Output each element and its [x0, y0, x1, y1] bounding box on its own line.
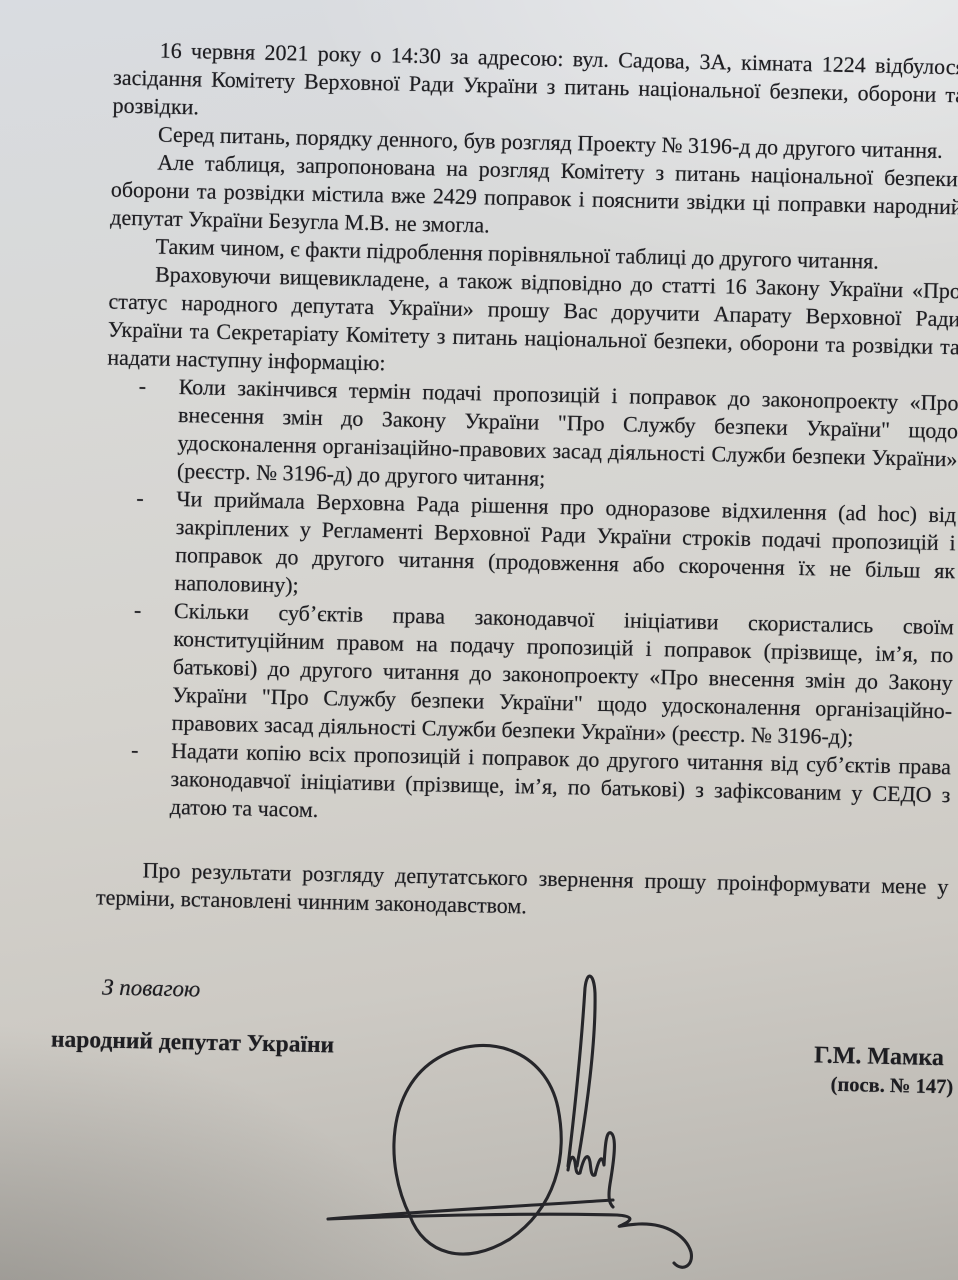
list-item: - Надати копію всіх пропозицій і поправо… — [98, 735, 952, 837]
dash-marker: - — [99, 595, 174, 736]
request-list: - Коли закінчився термін подачі пропозиц… — [98, 371, 958, 837]
dash-marker: - — [105, 371, 179, 484]
list-item: - Скільки суб’єктів права законодавчої і… — [99, 595, 954, 753]
deputy-name: Г.М. Мамка — [814, 1040, 944, 1073]
document-photo: 16 червня 2021 року о 14:30 за адресою: … — [0, 0, 958, 1280]
deputy-credential: (посв. № 147) — [813, 1070, 953, 1101]
regards-line: З повагою — [102, 974, 946, 1020]
list-item-text: Чи приймала Верховна Рада рішення про од… — [174, 485, 956, 613]
document-page: 16 червня 2021 року о 14:30 за адресою: … — [0, 0, 958, 1105]
document-paragraph: Враховуючи вищевикладене, а також відпов… — [107, 259, 958, 389]
closing-paragraph: Про результати розгляду депутатського зв… — [96, 855, 949, 929]
list-item-text: Надати копію всіх пропозицій і поправок … — [170, 737, 952, 837]
deputy-role: народний депутат України — [51, 1024, 335, 1060]
list-item: - Коли закінчився термін подачі пропозиц… — [105, 371, 958, 501]
dash-marker: - — [102, 483, 176, 596]
dash-marker: - — [98, 735, 172, 820]
document-body: 16 червня 2021 року о 14:30 за адресою: … — [92, 36, 958, 1102]
list-item-text: Скільки суб’єктів права законодавчої іні… — [171, 597, 954, 753]
list-item: - Чи приймала Верховна Рада рішення про … — [102, 483, 956, 613]
list-item-text: Коли закінчився термін подачі пропозицій… — [177, 373, 958, 501]
signature-row: народний депутат України Г.М. Мамка (пос… — [92, 1025, 958, 1102]
signer-block: Г.М. Мамка (посв. № 147) — [813, 1040, 958, 1102]
